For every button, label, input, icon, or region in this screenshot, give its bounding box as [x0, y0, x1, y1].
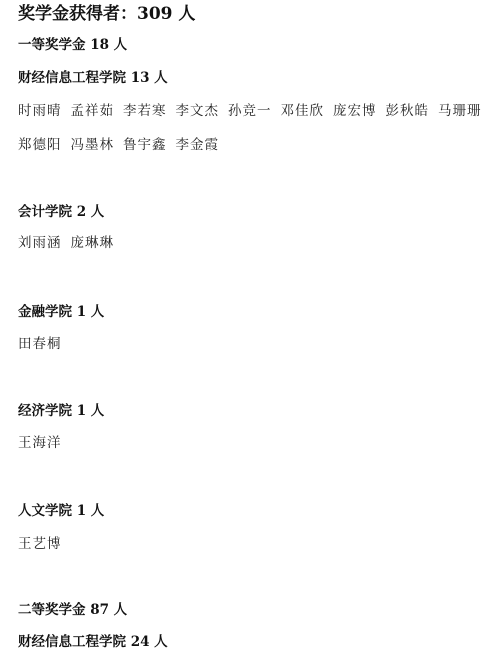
- name-item: 彭秋皓: [386, 103, 430, 119]
- name-item: 王艺博: [18, 536, 62, 552]
- name-item: 田春桐: [18, 336, 62, 352]
- college-heading-humanities: 人文学院 1 人: [18, 505, 104, 519]
- name-item: 李金霞: [176, 137, 220, 153]
- name-item: 马珊珊: [438, 103, 482, 119]
- name-item: 冯墨林: [71, 137, 115, 153]
- name-item: 邓佳欣: [281, 103, 325, 119]
- name-item: 时雨晴: [18, 103, 62, 119]
- name-list: 王艺博: [18, 538, 71, 552]
- name-list: 王海洋: [18, 437, 71, 451]
- name-item: 王海洋: [18, 435, 62, 451]
- name-list: 田春桐: [18, 338, 71, 352]
- name-item: 李若寒: [123, 103, 167, 119]
- name-list: 时雨晴孟祥茹李若寒李文杰孙竞一邓佳欣庞宏博彭秋皓马珊珊: [18, 105, 491, 119]
- college-heading-economics: 经济学院 1 人: [18, 405, 104, 419]
- name-item: 刘雨涵: [18, 235, 62, 251]
- name-list: 郑德阳冯墨林鲁宇鑫李金霞: [18, 139, 228, 153]
- college-heading-finance-it: 财经信息工程学院 13 人: [18, 72, 168, 86]
- name-item: 孙竞一: [228, 103, 272, 119]
- name-item: 孟祥茹: [71, 103, 115, 119]
- name-item: 鲁宇鑫: [123, 137, 167, 153]
- name-item: 郑德阳: [18, 137, 62, 153]
- name-item: 庞琳琳: [71, 235, 115, 251]
- page-title: 奖学金获得者：309 人: [18, 6, 195, 23]
- name-list: 刘雨涵庞琳琳: [18, 237, 123, 251]
- name-item: 庞宏博: [333, 103, 377, 119]
- section-heading-first-prize: 一等奖学金 18 人: [18, 39, 127, 53]
- section-heading-second-prize: 二等奖学金 87 人: [18, 604, 127, 618]
- college-heading-finance-it: 财经信息工程学院 24 人: [18, 636, 168, 650]
- college-heading-finance: 金融学院 1 人: [18, 306, 104, 320]
- college-heading-accounting: 会计学院 2 人: [18, 206, 104, 220]
- name-item: 李文杰: [176, 103, 220, 119]
